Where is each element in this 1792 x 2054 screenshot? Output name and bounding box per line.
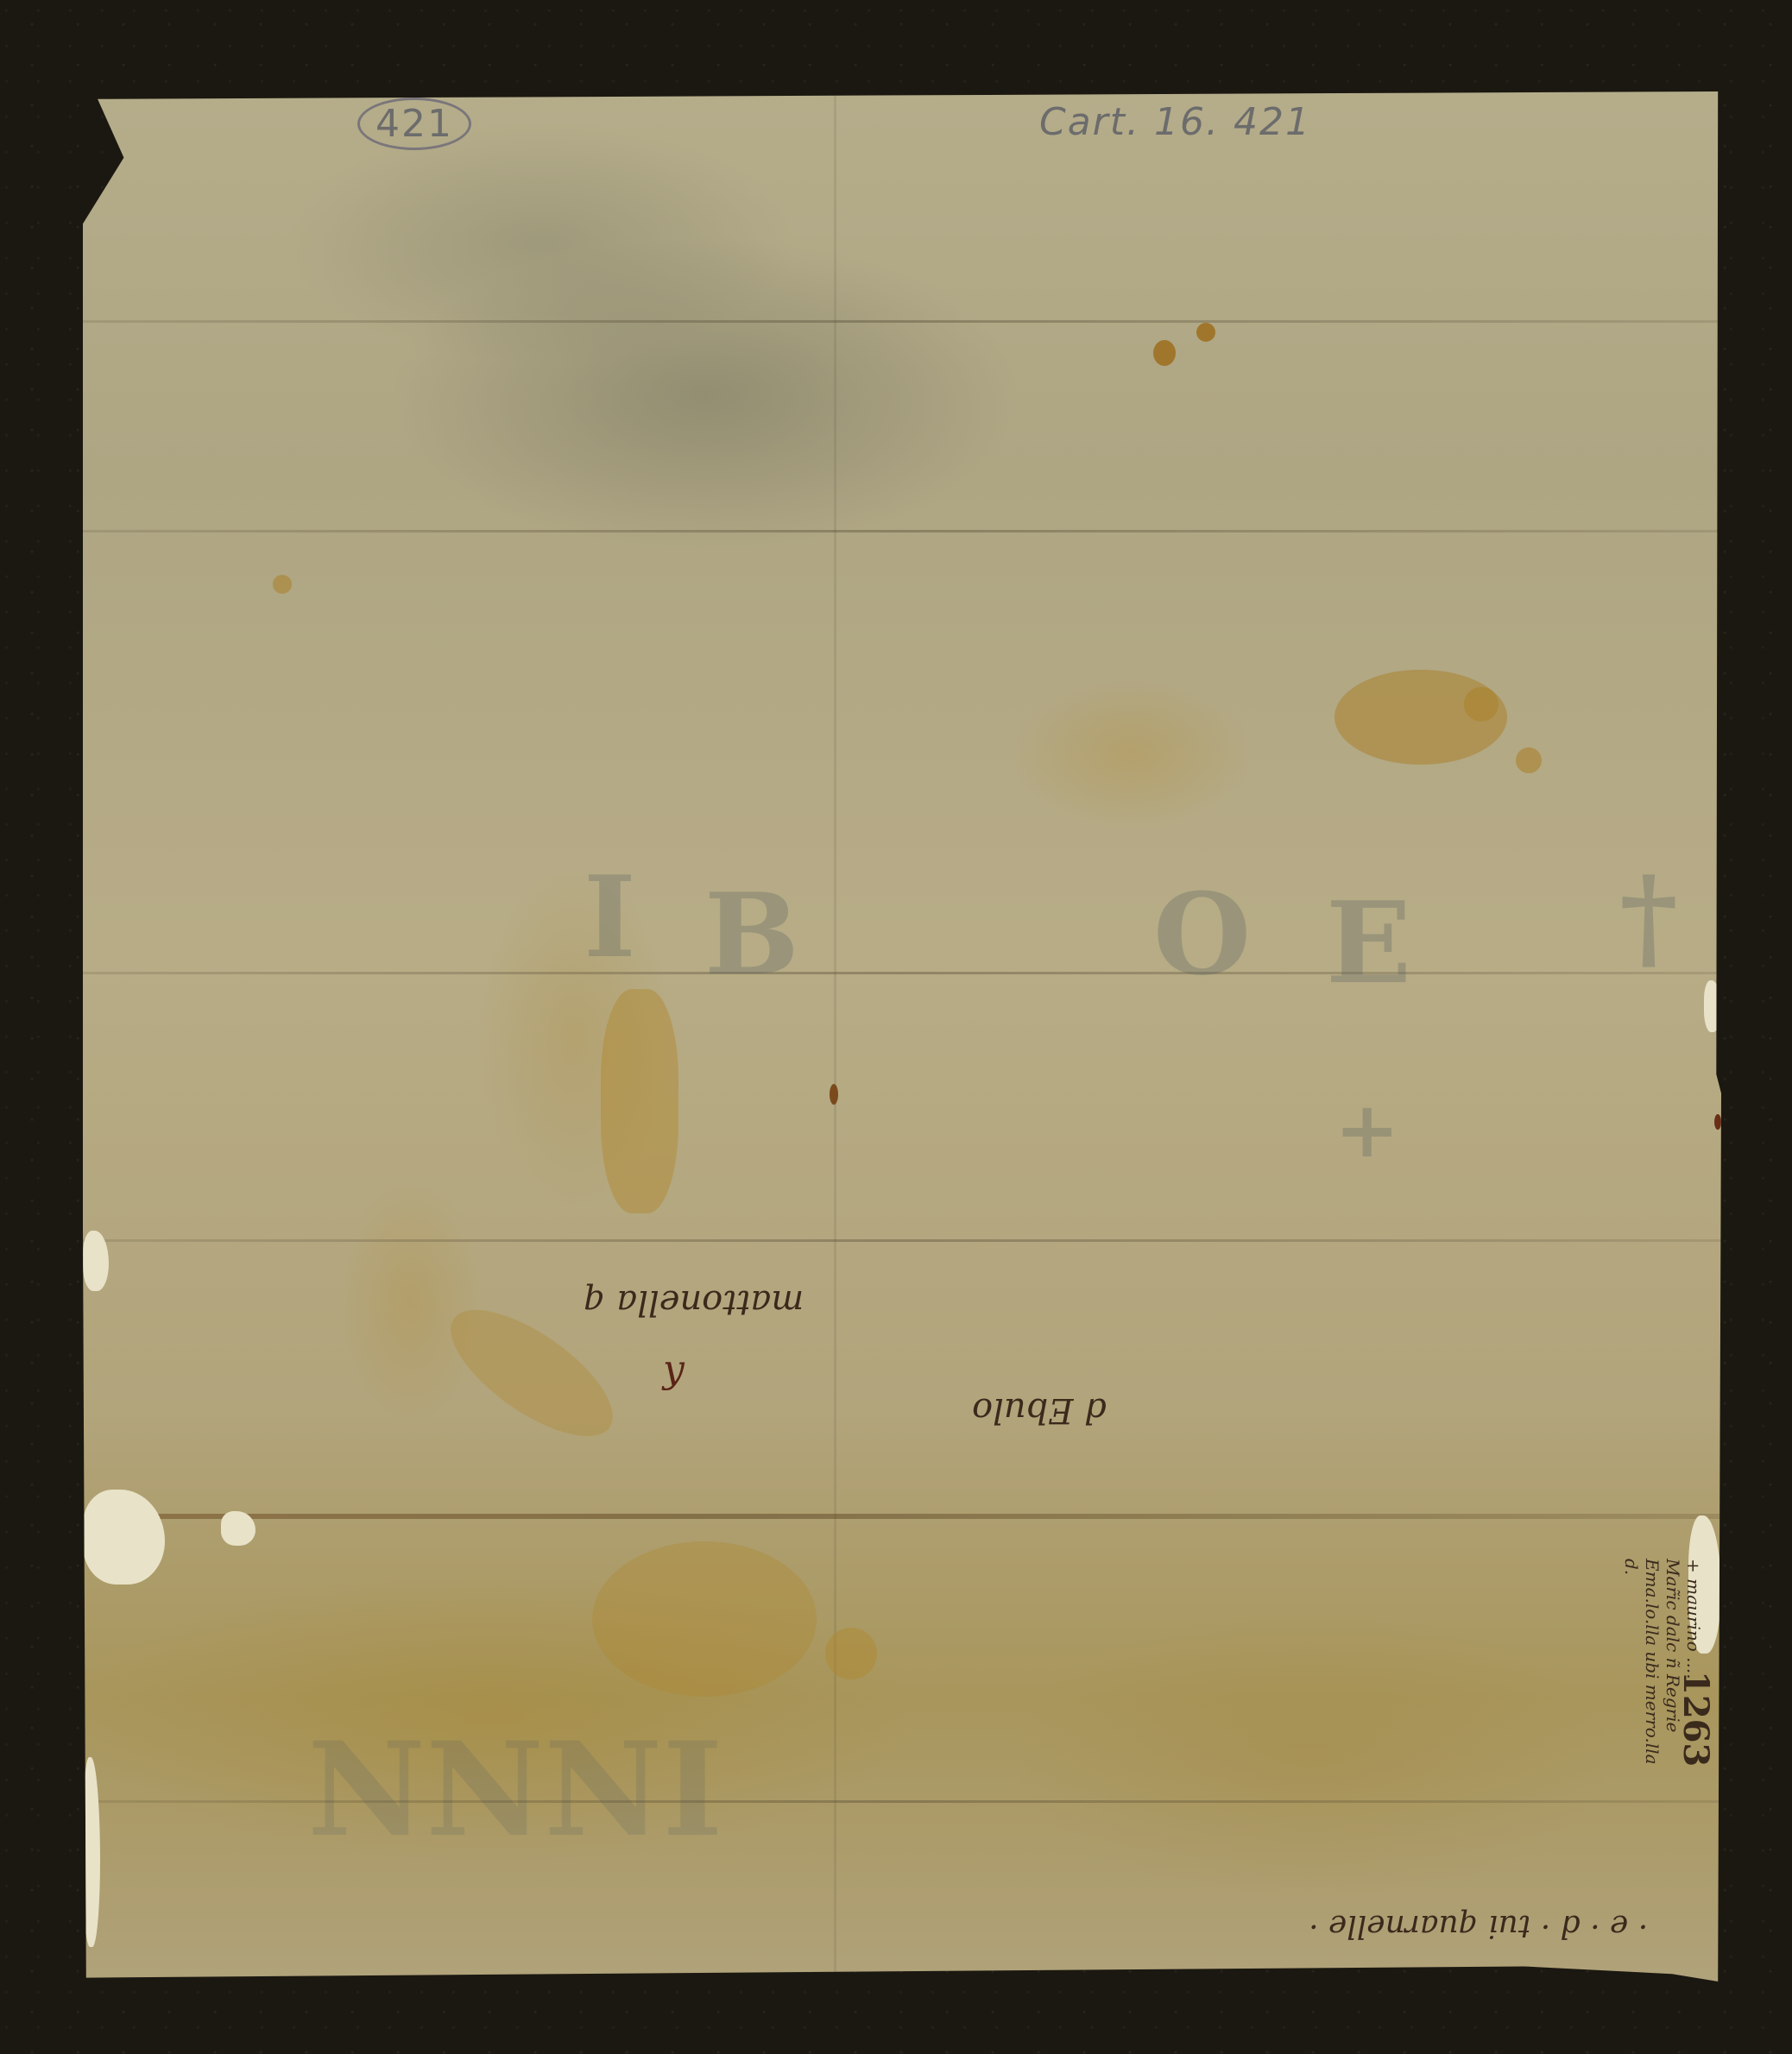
stain: [592, 1541, 817, 1697]
show-through-letter: E: [1326, 877, 1411, 1009]
show-through-letter: B: [704, 868, 799, 1000]
fold-line-vertical: [834, 91, 836, 1982]
stain: [1516, 747, 1542, 773]
endorsement-center: d Ebulo: [972, 1390, 1107, 1430]
circled-number: 421: [357, 98, 471, 150]
stain: [601, 989, 678, 1213]
parchment-hole: [83, 1490, 165, 1585]
catalogue-reference: Cart. 16. 421: [1039, 100, 1311, 144]
stain: [273, 575, 292, 594]
endorsement-middle-left: mattonella q: [584, 1282, 804, 1322]
stain: [1714, 1114, 1721, 1130]
stain: [1464, 687, 1499, 721]
note-line: Mar̃ic dalc ñ Regrie: [1663, 1559, 1683, 1766]
parchment-hole: [221, 1511, 256, 1546]
show-through-letter: †: [1619, 851, 1678, 983]
right-margin-note: + maurino ..... Mar̃ic dalc ñ Regrie Ema…: [1621, 1559, 1704, 1766]
show-through-letter: O: [1153, 868, 1251, 1000]
note-line: d.: [1621, 1559, 1642, 1766]
fold-line: [83, 1514, 1721, 1519]
stain: [825, 1628, 877, 1679]
fold-line: [83, 320, 1721, 323]
fold-line: [83, 972, 1721, 974]
note-line: + maurino .....: [1683, 1559, 1704, 1766]
parchment-sheet: I B O E † + NNNI 421 Cart. 16. 421 POR 6…: [83, 91, 1721, 1982]
note-line: Ema.lo.lla ubi merro.lla: [1642, 1559, 1663, 1766]
show-through-letter: +: [1335, 1084, 1399, 1175]
fold-line: [83, 530, 1721, 532]
show-through-letter: I: [584, 851, 636, 983]
stain: [830, 1084, 838, 1105]
endorsement-mark: y: [663, 1347, 685, 1391]
stain: [1153, 340, 1176, 366]
show-through-letter: NNNI: [307, 1714, 723, 1866]
fold-line: [83, 1239, 1721, 1242]
stain: [1196, 323, 1215, 342]
endorsement-bottom: · e · d · tui quarnelle ·: [1309, 1908, 1648, 1944]
archival-number-circled: 421: [357, 102, 471, 146]
